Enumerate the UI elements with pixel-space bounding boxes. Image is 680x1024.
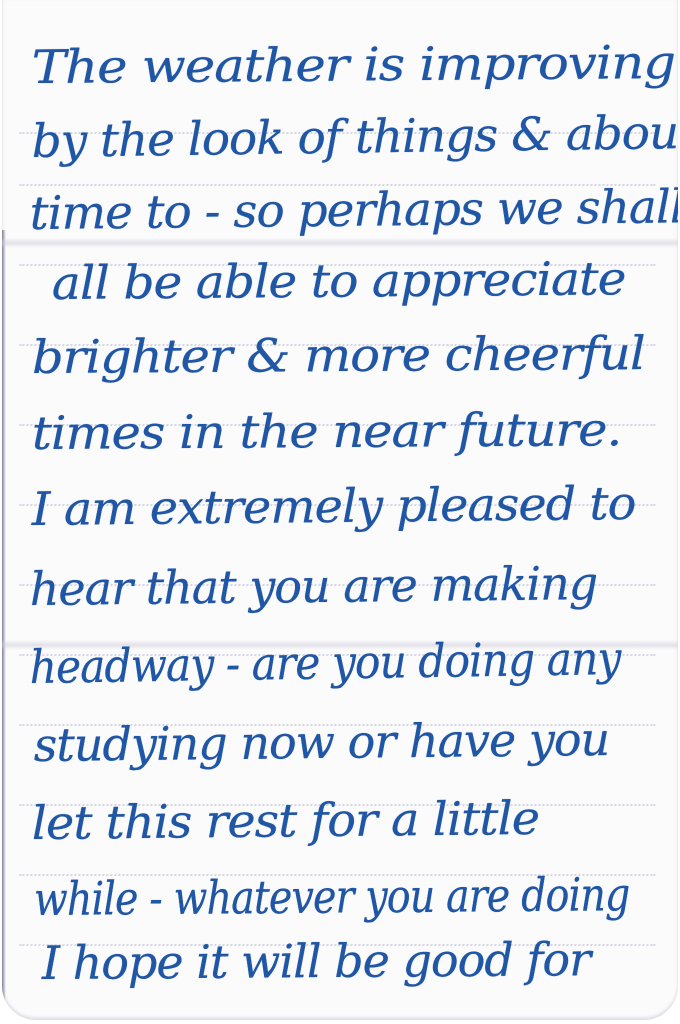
letter-line-11: let this rest for a little xyxy=(31,795,539,846)
letter-page: The weather is improving by the look of … xyxy=(2,0,678,1020)
letter-line-8: hear that you are making xyxy=(30,560,598,612)
letter-line-4: all be able to appreciate xyxy=(52,255,626,306)
letter-line-7: I am extremely pleased to xyxy=(31,480,635,532)
letter-line-10: studying now or have you xyxy=(34,716,610,768)
letter-line-1: The weather is improving xyxy=(32,39,676,90)
letter-line-2: by the look of things & about xyxy=(31,109,678,164)
letter-line-9: headway - are you doing any xyxy=(29,635,620,690)
letter-line-5: brighter & more cheerful xyxy=(32,330,645,380)
letter-line-3: time to - so perhaps we shall xyxy=(30,183,678,236)
fold-crease xyxy=(2,238,678,248)
paper-edge-shadow xyxy=(2,230,6,1010)
letter-line-6: times in the near future. xyxy=(32,406,622,456)
letter-line-13: I hope it will be good for xyxy=(42,936,591,986)
letter-line-12: while - whatever you are doing xyxy=(34,871,630,922)
